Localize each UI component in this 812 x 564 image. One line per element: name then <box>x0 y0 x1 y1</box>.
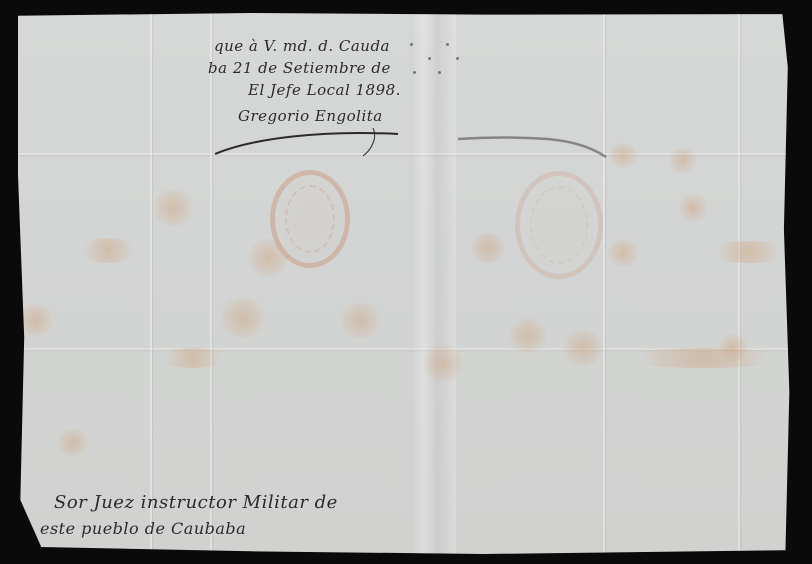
top-note-line: que à V. md. d. Cauda <box>214 35 401 57</box>
foxing-stain <box>608 238 638 268</box>
center-fold <box>410 13 456 554</box>
pin-hole <box>446 43 449 46</box>
signature: Gregorio Engolita <box>238 105 401 127</box>
foxing-stain <box>218 298 268 338</box>
vertical-fold-4 <box>738 13 740 554</box>
ink-bleed-mark <box>458 135 608 165</box>
foxing-stain <box>423 343 463 383</box>
signature-flourish <box>213 128 403 158</box>
foxing-stain <box>58 428 88 458</box>
foxing-stain <box>338 303 383 338</box>
top-note-line: ba 21 de Setiembre de <box>208 57 401 79</box>
foxing-stain <box>78 238 138 263</box>
top-note-line: El Jefe Local 1898. <box>248 79 401 101</box>
vertical-fold-3 <box>603 13 605 554</box>
foxing-stain <box>18 303 53 338</box>
foxing-stain <box>718 333 748 363</box>
foxing-stain <box>153 188 193 228</box>
pin-hole <box>410 43 413 46</box>
foxing-stain <box>678 193 708 223</box>
right-seal-faded <box>515 171 603 279</box>
foxing-stain <box>618 348 788 368</box>
pin-hole <box>428 57 431 60</box>
document-paper: que à V. md. d. Cauda ba 21 de Setiembre… <box>18 13 794 554</box>
foxing-stain <box>563 328 603 368</box>
pin-hole <box>438 71 441 74</box>
foxing-stain <box>508 318 548 353</box>
foxing-stain <box>468 233 508 263</box>
address-line: este pueblo de Caubaba <box>40 516 338 542</box>
photo-background: que à V. md. d. Cauda ba 21 de Setiembre… <box>0 0 812 564</box>
pin-hole <box>456 57 459 60</box>
foxing-stain <box>708 241 788 263</box>
foxing-stain <box>608 143 638 168</box>
pin-hole <box>413 71 416 74</box>
left-seal <box>270 170 350 268</box>
address-line: Sor Juez instructor Militar de <box>54 490 338 516</box>
top-note: que à V. md. d. Cauda ba 21 de Setiembre… <box>208 35 401 127</box>
foxing-stain <box>668 148 698 173</box>
vertical-fold-1 <box>150 13 152 554</box>
seal-inner-ring <box>285 185 335 253</box>
seal-inner-ring <box>530 186 588 264</box>
address-block: Sor Juez instructor Militar de este pueb… <box>40 490 338 542</box>
foxing-stain <box>158 348 228 368</box>
